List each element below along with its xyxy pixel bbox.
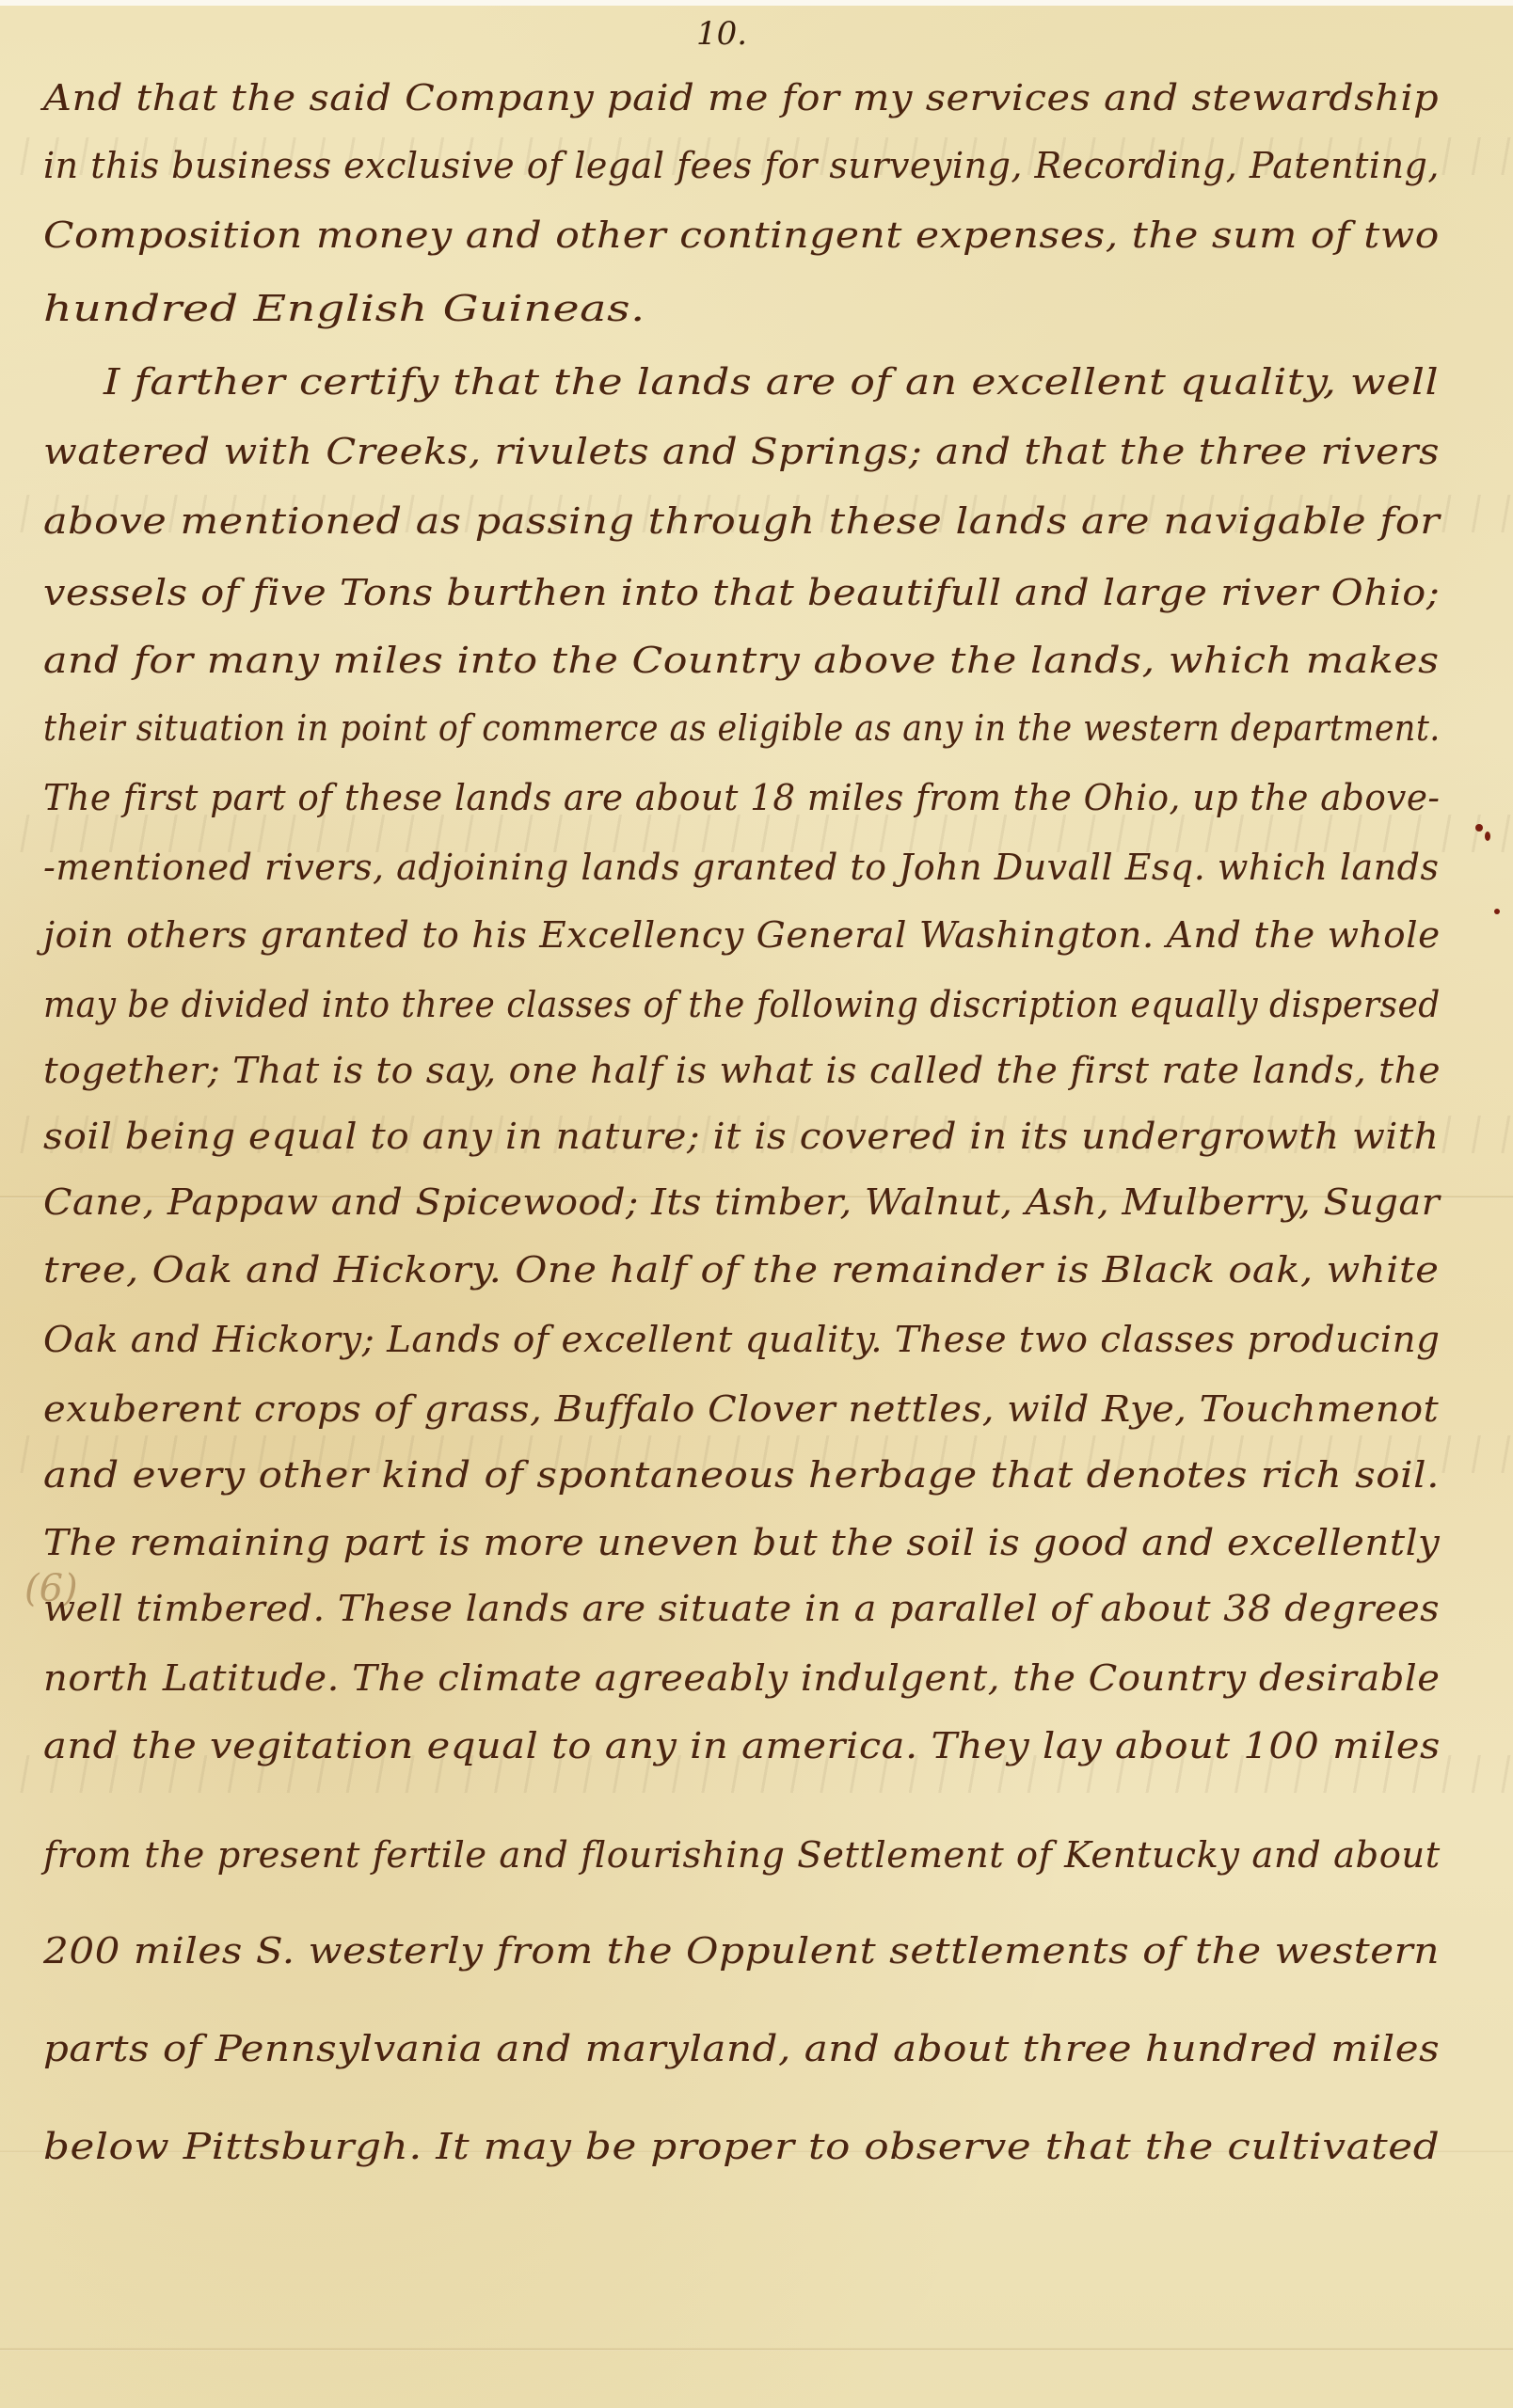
text-line: together; That is to say, one half is wh… bbox=[43, 1050, 1441, 1091]
text-line: north Latitude. The climate agreeably in… bbox=[43, 1657, 1440, 1699]
text-line: join others granted to his Excellency Ge… bbox=[43, 914, 1441, 956]
text-line: well timbered. These lands are situate i… bbox=[43, 1588, 1440, 1629]
text-line: soil being equal to any in nature; it is… bbox=[43, 1116, 1439, 1157]
text-line: I farther certify that the lands are of … bbox=[104, 361, 1439, 403]
text-line: their situation in point of commerce as … bbox=[43, 707, 1441, 749]
text-line: and for many miles into the Country abov… bbox=[43, 640, 1440, 681]
text-line: parts of Pennsylvania and maryland, and … bbox=[43, 2028, 1440, 2069]
text-line: and every other kind of spontaneous herb… bbox=[43, 1454, 1440, 1496]
text-line: 200 miles S. westerly from the Oppulent … bbox=[43, 1930, 1440, 1972]
page-number: 10. bbox=[696, 15, 747, 53]
text-line: vessels of five Tons burthen into that b… bbox=[43, 572, 1440, 613]
ink-stain bbox=[1475, 824, 1483, 832]
text-line: above mentioned as passing through these… bbox=[43, 500, 1440, 542]
text-line: and the vegitation equal to any in ameri… bbox=[43, 1725, 1441, 1766]
text-line: from the present fertile and flourishing… bbox=[43, 1834, 1441, 1876]
text-line: below Pittsburgh. It may be proper to ob… bbox=[43, 2126, 1440, 2167]
text-line: And that the said Company paid me for my… bbox=[43, 77, 1439, 119]
text-line: The remaining part is more uneven but th… bbox=[43, 1522, 1440, 1563]
text-line: The first part of these lands are about … bbox=[43, 777, 1440, 818]
text-line: in this business exclusive of legal fees… bbox=[43, 145, 1440, 186]
text-line: tree, Oak and Hickory. One half of the r… bbox=[43, 1249, 1439, 1291]
text-line: exuberent crops of grass, Buffalo Clover… bbox=[43, 1388, 1439, 1430]
text-line: Oak and Hickory; Lands of excellent qual… bbox=[43, 1319, 1440, 1360]
text-line: Composition money and other contingent e… bbox=[43, 214, 1440, 256]
text-line: -mentioned rivers, adjoining lands grant… bbox=[43, 847, 1440, 888]
text-line: hundred English Guineas. bbox=[43, 288, 645, 329]
page-fold bbox=[0, 2348, 1513, 2351]
text-line: Cane, Pappaw and Spicewood; Its timber, … bbox=[43, 1181, 1440, 1223]
text-line: watered with Creeks, rivulets and Spring… bbox=[43, 431, 1440, 472]
text-line: may be divided into three classes of the… bbox=[43, 984, 1441, 1025]
manuscript-page: 10. (6) And that the said Company paid m… bbox=[0, 6, 1513, 2408]
ink-stain bbox=[1494, 909, 1500, 914]
ink-stain bbox=[1485, 832, 1490, 841]
